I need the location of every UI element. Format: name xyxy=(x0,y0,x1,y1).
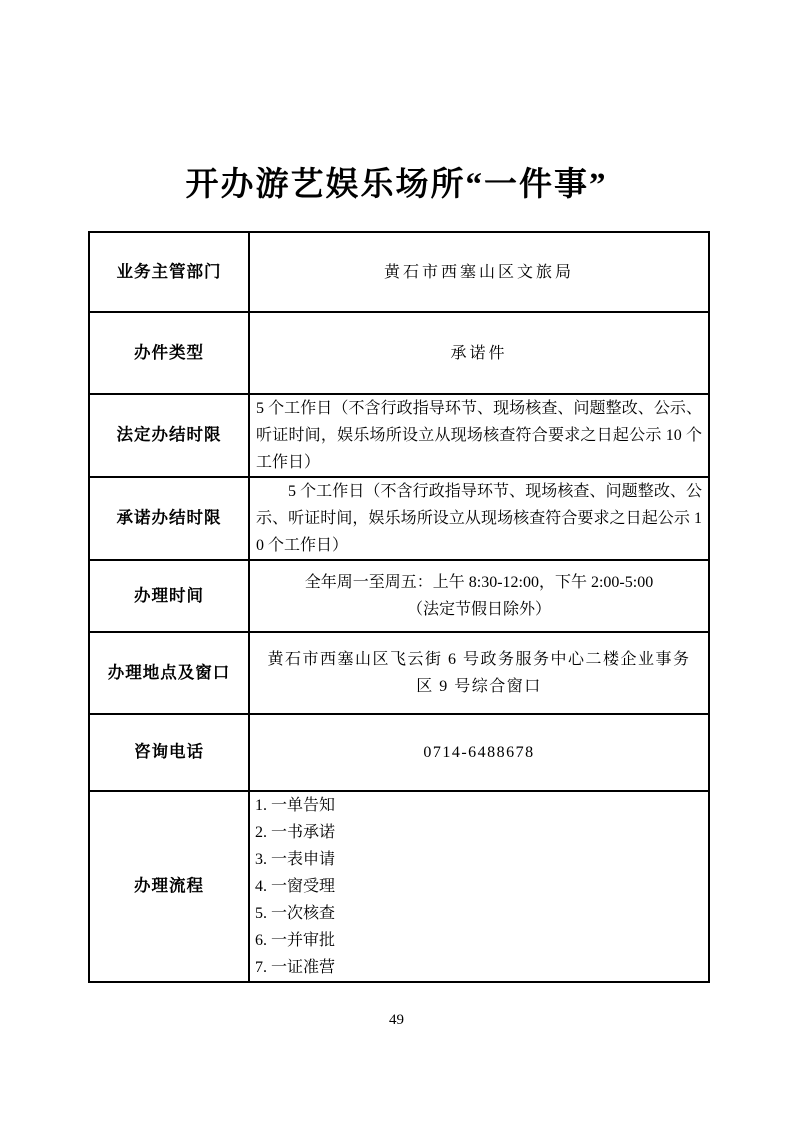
table-row-promised-time-limit: 承诺办结时限 5 个工作日（不含行政指导环节、现场核查、问题整改、公示、听证时间… xyxy=(89,477,709,560)
row-value: 黄石市西塞山区飞云街 6 号政务服务中心二楼企业事务 区 9 号综合窗口 xyxy=(249,632,709,714)
info-table: 业务主管部门 黄石市西塞山区文旅局 办件类型 承诺件 法定办结时限 5 个工作日… xyxy=(88,231,710,983)
row-value: 5 个工作日（不含行政指导环节、现场核查、问题整改、公示、听证时间，娱乐场所设立… xyxy=(249,394,709,477)
row-label: 业务主管部门 xyxy=(89,232,249,312)
table-row-phone: 咨询电话 0714-6488678 xyxy=(89,714,709,791)
table-row-department: 业务主管部门 黄石市西塞山区文旅局 xyxy=(89,232,709,312)
row-label: 承诺办结时限 xyxy=(89,477,249,560)
row-value: 黄石市西塞山区文旅局 xyxy=(249,232,709,312)
table-row-process: 办理流程 1. 一单告知 2. 一书承诺 3. 一表申请 4. 一窗受理 5. … xyxy=(89,791,709,982)
row-value: 全年周一至周五：上午 8:30-12:00，下午 2:00-5:00 （法定节假… xyxy=(249,560,709,632)
page-number: 49 xyxy=(0,1012,793,1029)
table-row-location-window: 办理地点及窗口 黄石市西塞山区飞云街 6 号政务服务中心二楼企业事务 区 9 号… xyxy=(89,632,709,714)
document-page: 开办游艺娱乐场所“一件事” 业务主管部门 黄石市西塞山区文旅局 办件类型 承诺件… xyxy=(0,0,793,1122)
row-label: 办理流程 xyxy=(89,791,249,982)
row-value: 承诺件 xyxy=(249,312,709,394)
table-row-item-type: 办件类型 承诺件 xyxy=(89,312,709,394)
row-label: 咨询电话 xyxy=(89,714,249,791)
row-value: 5 个工作日（不含行政指导环节、现场核查、问题整改、公示、听证时间，娱乐场所设立… xyxy=(249,477,709,560)
row-label: 办理地点及窗口 xyxy=(89,632,249,714)
table-row-service-hours: 办理时间 全年周一至周五：上午 8:30-12:00，下午 2:00-5:00 … xyxy=(89,560,709,632)
page-title: 开办游艺娱乐场所“一件事” xyxy=(0,158,793,205)
row-label: 办件类型 xyxy=(89,312,249,394)
row-label: 法定办结时限 xyxy=(89,394,249,477)
row-value-process-steps: 1. 一单告知 2. 一书承诺 3. 一表申请 4. 一窗受理 5. 一次核查 … xyxy=(249,791,709,982)
row-value: 0714-6488678 xyxy=(249,714,709,791)
table-row-statutory-time-limit: 法定办结时限 5 个工作日（不含行政指导环节、现场核查、问题整改、公示、听证时间… xyxy=(89,394,709,477)
row-label: 办理时间 xyxy=(89,560,249,632)
